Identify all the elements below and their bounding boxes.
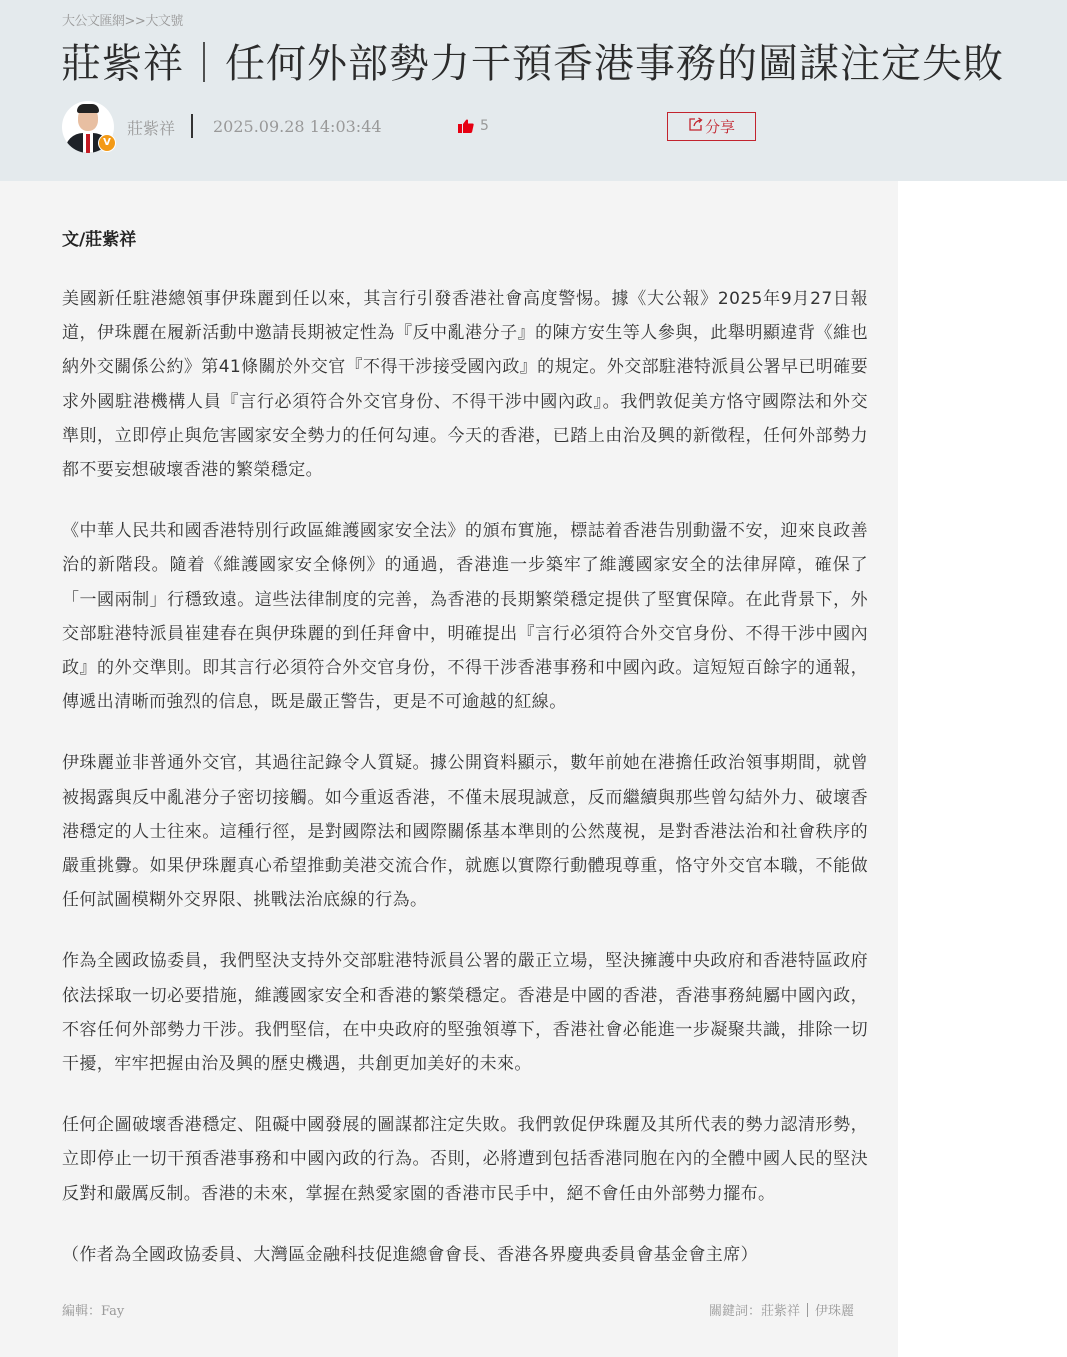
share-label: 分享	[705, 116, 735, 137]
meta-divider	[191, 114, 193, 138]
like-count: 5	[480, 118, 489, 134]
article-body: 美國新任駐港總領事伊珠麗到任以來，其言行引發香港社會高度警惕。據《大公報》202…	[62, 282, 868, 1272]
author-name[interactable]: 莊紫祥	[127, 116, 175, 139]
article-paragraph: 《中華人民共和國香港特別行政區維護國家安全法》的頒布實施，標誌着香港告別動盪不安…	[62, 514, 868, 719]
article-paragraph: 作為全國政協委員，我們堅決支持外交部駐港特派員公署的嚴正立場，堅決擁護中央政府和…	[62, 944, 868, 1081]
keyword-link[interactable]: 伊珠麗	[815, 1300, 854, 1319]
breadcrumb: 大公文匯網>>大文號	[62, 10, 183, 29]
article-title: 莊紫祥｜任何外部勢力干預香港事務的圖謀注定失敗	[61, 36, 1004, 92]
keywords: 關鍵詞： 莊紫祥 伊珠麗	[709, 1300, 854, 1319]
article-content: 文/莊紫祥 美國新任駐港總領事伊珠麗到任以來，其言行引發香港社會高度警惕。據《大…	[0, 181, 898, 1357]
breadcrumb-separator: >>	[125, 14, 146, 29]
thumbs-up-icon	[458, 119, 474, 133]
article-header: 大公文匯網>>大文號 莊紫祥｜任何外部勢力干預香港事務的圖謀注定失敗 V 莊紫祥…	[0, 0, 1067, 181]
article-paragraph: 任何企圖破壞香港穩定、阻礙中國發展的圖謀都注定失敗。我們敦促伊珠麗及其所代表的勢…	[62, 1108, 868, 1211]
article-paragraph: 美國新任駐港總領事伊珠麗到任以來，其言行引發香港社會高度警惕。據《大公報》202…	[62, 282, 868, 487]
keywords-label: 關鍵詞：	[709, 1300, 761, 1319]
publish-date: 2025.09.28 14:03:44	[213, 117, 382, 136]
verified-badge-icon: V	[98, 134, 116, 152]
author-note: （作者為全國政協委員、大灣區金融科技促進總會會長、香港各界慶典委員會基金會主席）	[62, 1238, 868, 1272]
keyword-link[interactable]: 莊紫祥	[761, 1300, 800, 1319]
share-button[interactable]: 分享	[667, 112, 756, 141]
article-byline: 文/莊紫祥	[62, 225, 136, 250]
article-meta: V 莊紫祥 2025.09.28 14:03:44 5 分享	[62, 101, 782, 153]
keyword-separator	[807, 1303, 808, 1317]
editor-label: 編輯：	[62, 1304, 101, 1319]
article-paragraph: 伊珠麗並非普通外交官，其過往記錄令人質疑。據公開資料顯示，數年前她在港擔任政治領…	[62, 746, 868, 917]
share-icon	[688, 117, 705, 136]
breadcrumb-home-link[interactable]: 大公文匯網	[62, 14, 125, 29]
editor-credit: 編輯：Fay	[62, 1300, 124, 1319]
breadcrumb-section-link[interactable]: 大文號	[145, 14, 183, 29]
like-button[interactable]: 5	[458, 118, 489, 134]
editor-name: Fay	[101, 1304, 124, 1319]
